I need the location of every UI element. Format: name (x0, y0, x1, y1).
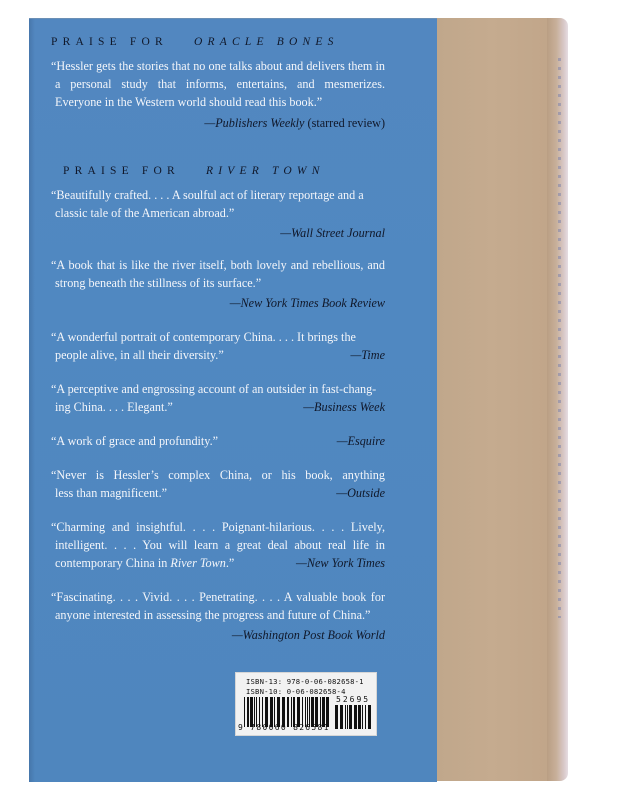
isbn13-value: 978-0-06-082658-1 (287, 677, 364, 686)
praise-content: PRAISE FOR ORACLE BONES “Hessler gets th… (51, 30, 385, 644)
addon-barcode-bars (335, 705, 369, 729)
source-name: —Wall Street Journal (280, 226, 385, 240)
heading-title: RIVER TOWN (206, 165, 325, 177)
quote-last-line: contemporary China in River Town.” —New … (51, 554, 385, 572)
quote-text-fragment: .” (226, 556, 234, 570)
quote-text-line: less than magnificent.” (55, 484, 167, 502)
quote-last-line: less than magnificent.” —Outside (51, 484, 385, 502)
source-name: —Publishers Weekly (204, 116, 304, 130)
isbn10-line: ISBN-10: 0-06-082658-4 (246, 687, 346, 696)
quote-text-line: “A perceptive and engrossing account of … (51, 380, 385, 398)
isbn13-line: ISBN-13: 978-0-06-082658-1 (246, 677, 364, 686)
source-name: —New York Times Book Review (230, 296, 385, 310)
quote-esquire: “A work of grace and profundity.” —Esqui… (51, 432, 385, 450)
quote-time: “A wonderful portrait of contemporary Ch… (51, 328, 385, 364)
quote-outside: “Never is Hessler’s complex China, or hi… (51, 466, 385, 502)
section-heading-river-town: PRAISE FOR RIVER TOWN (51, 165, 385, 177)
quote-attribution: —Publishers Weekly (starred review) (51, 114, 385, 132)
quote-text-line: intelligent. . . . You will learn a grea… (51, 536, 385, 554)
spine-flap (437, 18, 547, 781)
source-name: —Esquire (337, 432, 385, 450)
quote-text-line: “A work of grace and profundity.” (51, 432, 218, 450)
quote-text-fragment: contemporary China in (55, 556, 170, 570)
quote-washington-post: “Fascinating. . . . Vivid. . . . Penetra… (51, 588, 385, 644)
quote-text-line: ing China. . . . Elegant.” (55, 398, 173, 416)
source-name: —New York Times (296, 554, 385, 572)
quote-wall-street-journal: “Beautifully crafted. . . . A soulful ac… (51, 186, 385, 242)
source-name: —Time (350, 346, 385, 364)
source-name: —Washington Post Book World (232, 628, 385, 642)
quote-text: “Fascinating. . . . Vivid. . . . Penetra… (51, 588, 385, 624)
quote-text-line: “Charming and insightful. . . . Poignant… (51, 518, 385, 536)
isbn10-label: ISBN-10: (246, 687, 282, 696)
source-note: (starred review) (308, 116, 385, 130)
quote-business-week: “A perceptive and engrossing account of … (51, 380, 385, 416)
quote-attribution: —New York Times Book Review (51, 294, 385, 312)
quote-text-line: “A wonderful portrait of contemporary Ch… (51, 328, 385, 346)
price-code: 52695 (336, 695, 370, 704)
quote-last-line: “A work of grace and profundity.” —Esqui… (51, 432, 385, 450)
quote-text-line: “Never is Hessler’s complex China, or hi… (51, 466, 385, 484)
quote-text-line: people alive, in all their diversity.” (55, 346, 224, 364)
section-heading-oracle-bones: PRAISE FOR ORACLE BONES (51, 36, 385, 48)
heading-prefix: PRAISE FOR (51, 36, 168, 48)
ean-group1: 780060 (250, 723, 287, 732)
source-name: —Outside (336, 484, 385, 502)
quote-publishers-weekly: “Hessler gets the stories that no one ta… (51, 57, 385, 132)
quote-text: “Beautifully crafted. . . . A soulful ac… (51, 186, 385, 222)
isbn-barcode-label: ISBN-13: 978-0-06-082658-1 ISBN-10: 0-06… (235, 672, 377, 736)
book-title-italic: River Town (170, 556, 225, 570)
ean-group2: 826581 (293, 723, 330, 732)
heading-prefix: PRAISE FOR (63, 165, 180, 177)
isbn13-label: ISBN-13: (246, 677, 282, 686)
quote-attribution: —Washington Post Book World (51, 626, 385, 644)
ean-first-digit: 9 (238, 723, 244, 732)
spine-text-illegible (558, 58, 561, 618)
quote-last-line: people alive, in all their diversity.” —… (51, 346, 385, 364)
source-name: —Business Week (303, 398, 385, 416)
ean-digits: 9 780060 826581 (238, 723, 330, 732)
quote-last-line: ing China. . . . Elegant.” —Business Wee… (51, 398, 385, 416)
quote-text: “Hessler gets the stories that no one ta… (51, 57, 385, 111)
quote-nyt-book-review: “A book that is like the river itself, b… (51, 256, 385, 312)
quote-new-york-times: “Charming and insightful. . . . Poignant… (51, 518, 385, 572)
quote-text: “A book that is like the river itself, b… (51, 256, 385, 292)
quote-attribution: —Wall Street Journal (51, 224, 385, 242)
quote-text-line: contemporary China in River Town.” (55, 554, 234, 572)
heading-title: ORACLE BONES (194, 36, 339, 48)
